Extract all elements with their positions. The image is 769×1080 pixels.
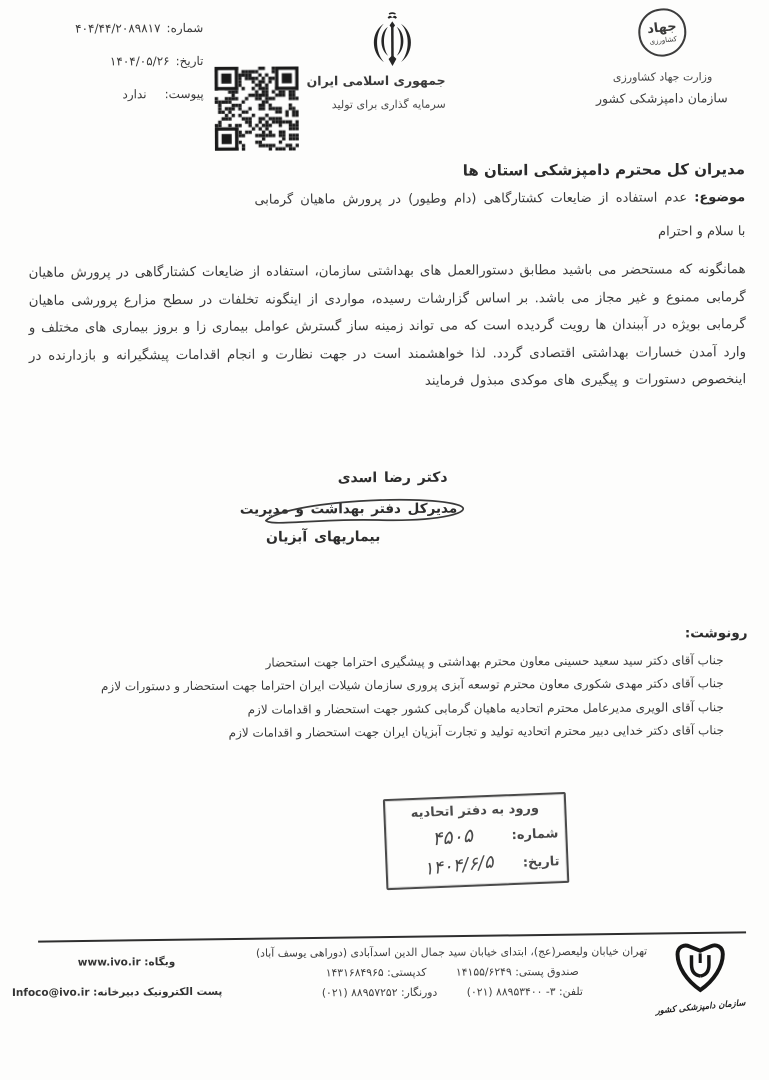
stamp-date-label: تاریخ: [522, 854, 559, 870]
email-label: پست الکترونیک دبیرخانه: [93, 986, 222, 999]
cc-item: جناب آقای الویری مدیرعامل محترم اتحادیه … [101, 696, 724, 723]
phone-field: تلفن: ۳- ۸۸۹۵۳۴۰۰ (۰۲۱) [467, 985, 583, 999]
country-name: جمهوری اسلامی ایران [340, 73, 446, 89]
letter-number-field: شماره:۴۰۴/۴۴/۲۰۸۹۸۱۷ [15, 21, 203, 55]
recipient-line: مدیران کل محترم دامپزشکی استان ها [463, 160, 745, 179]
cc-item: جناب آقای دکتر خدایی دبیر محترم اتحادیه … [101, 719, 724, 746]
stamp-number-row: شماره: ۴۵۰۵ [393, 822, 559, 851]
po-box-label: صندوق پستی: [515, 965, 579, 978]
po-box-value: ۱۴۱۵۵/۶۲۴۹ [456, 965, 512, 978]
letter-number-value: ۴۰۴/۴۴/۲۰۸۹۸۱۷ [75, 21, 161, 35]
stamp-date-row: تاریخ: ۱۴۰۴/۶/۵ [394, 851, 560, 879]
fax-value: ۸۸۹۵۷۲۵۲ (۰۲۱) [322, 986, 398, 999]
footer-contact-block: تهران خیابان ولیعصر(عج)، ابتدای خیابان س… [257, 945, 647, 1000]
letter-number-label: شماره: [166, 21, 203, 35]
website-label: وبگاه: [144, 956, 175, 968]
scanned-letter-page: شماره:۴۰۴/۴۴/۲۰۸۹۸۱۷ تاریخ:۱۴۰۴/۰۵/۲۶ پی… [0, 0, 769, 1080]
letter-date-label: تاریخ: [176, 54, 204, 68]
signature-name: دکتر رضا اسدی [338, 470, 448, 487]
letter-date-field: تاریخ:۱۴۰۴/۰۵/۲۶ [15, 54, 203, 88]
attachment-label: پیوست: [165, 87, 204, 101]
production-slogan: سرمایه گذاری برای تولید [340, 98, 446, 112]
organization-name: سازمان دامپزشکی کشور [598, 90, 728, 106]
entry-stamp: ورود به دفتر اتحادیه شماره: ۴۵۰۵ تاریخ: … [383, 792, 570, 890]
subject-line: موضوع: عدم استفاده از ضایعات کشتارگاهی (… [254, 190, 745, 208]
stamp-date-value: ۱۴۰۴/۶/۵ [394, 848, 524, 883]
postal-code-label: کدپستی: [387, 966, 426, 979]
footer-postal-line: صندوق پستی: ۱۴۱۵۵/۶۲۴۹ کدپستی: ۱۴۳۱۶۸۴۹۶… [257, 965, 647, 980]
body-paragraph: همانگونه که مستحضر می باشید مطابق دستورا… [29, 256, 747, 398]
attachment-value: ندارد [122, 87, 146, 101]
iran-emblem-icon [367, 12, 417, 70]
agency-block: جهاد کشاورزی وزارت جهاد کشاورزی سازمان د… [597, 8, 728, 106]
salutation: با سلام و احترام [658, 224, 745, 239]
letterhead-fields: شماره:۴۰۴/۴۴/۲۰۸۹۸۱۷ تاریخ:۱۴۰۴/۰۵/۲۶ پی… [15, 21, 204, 121]
cc-item: جناب آقای دکتر سید سعید حسینی معاون محتر… [101, 649, 724, 676]
footer-phone-line: تلفن: ۳- ۸۸۹۵۳۴۰۰ (۰۲۱) دورنگار: ۸۸۹۵۷۲۵… [257, 985, 647, 1000]
national-emblem-block: جمهوری اسلامی ایران سرمایه گذاری برای تو… [339, 12, 446, 112]
website-value: www.ivo.ir [78, 956, 141, 968]
cc-item: جناب آقای دکتر مهدی شکوری معاون محترم تو… [101, 673, 724, 700]
footer-logo-block: سازمان دامپزشکی کشور [654, 940, 746, 1013]
postal-code-value: ۱۴۳۱۶۸۴۹۶۵ [326, 966, 384, 979]
letter-date-value: ۱۴۰۴/۰۵/۲۶ [110, 54, 170, 68]
website-field: وبگاه: www.ivo.ir [78, 956, 175, 969]
phone-value: ۳- ۸۸۹۵۳۴۰۰ (۰۲۱) [467, 985, 556, 998]
footer-divider [38, 931, 746, 942]
ivo-logo-caption: سازمان دامپزشکی کشور [655, 998, 746, 1016]
qr-code [215, 66, 299, 150]
postal-code-field: کدپستی: ۱۴۳۱۶۸۴۹۶۵ [326, 966, 427, 980]
subject-text: عدم استفاده از ضایعات کشتارگاهی (دام وطی… [254, 190, 687, 207]
po-box-field: صندوق پستی: ۱۴۱۵۵/۶۲۴۹ [456, 965, 579, 979]
stamp-number-value: ۴۵۰۵ [393, 821, 513, 854]
cc-label: رونوشت: [685, 625, 748, 641]
subject-label: موضوع: [694, 190, 745, 205]
address-line: تهران خیابان ولیعصر(عج)، ابتدای خیابان س… [257, 945, 647, 960]
phone-label: تلفن: [559, 985, 583, 998]
email-value: Infoco@ivo.ir [12, 987, 90, 999]
cc-list: جناب آقای دکتر سید سعید حسینی معاون محتر… [101, 649, 724, 745]
jihad-agriculture-logo-icon: جهاد کشاورزی [636, 6, 689, 59]
attachment-field: پیوست:ندارد [16, 87, 204, 121]
fax-field: دورنگار: ۸۸۹۵۷۲۵۲ (۰۲۱) [322, 986, 438, 1000]
email-field: پست الکترونیک دبیرخانه: Infoco@ivo.ir [12, 986, 222, 999]
stamp-title: ورود به دفتر اتحادیه [392, 800, 557, 822]
fax-label: دورنگار: [401, 986, 437, 999]
jihad-logo-text-bottom: کشاورزی [649, 35, 677, 46]
ministry-name: وزارت جهاد کشاورزی [598, 70, 728, 84]
signature-scribble-icon [248, 491, 486, 532]
stamp-number-label: شماره: [511, 826, 558, 843]
ivo-logo-icon [670, 940, 730, 994]
